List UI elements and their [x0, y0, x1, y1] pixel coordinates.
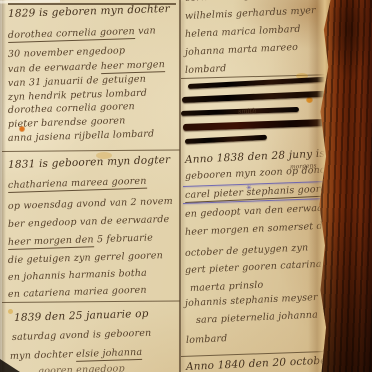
line-segment: van [135, 25, 156, 37]
handwritten-line: lombard [185, 64, 227, 76]
manuscript-photo: 1829 is geboren myn dochter dorothea cor… [0, 0, 372, 372]
handwritten-line: chathariena mareea gooren [8, 177, 147, 192]
column-divider [179, 0, 181, 372]
line-segment: van de eerwaarde [8, 61, 101, 75]
faint-note: smith [238, 108, 257, 115]
line-segment: 5 februarie [94, 232, 154, 245]
underlined-segment: elsie johanna [76, 347, 143, 362]
ink-stain [8, 309, 13, 314]
handwritten-line: lombard [186, 334, 228, 346]
line-segment: myn dochter [10, 349, 76, 362]
line-segment: lombard [186, 333, 228, 346]
handwritten-line: myn dochter elsie johanna [10, 348, 143, 363]
line-segment: gooren engedoop [38, 363, 125, 372]
handwritten-line: gooren engedoop [38, 364, 125, 372]
underlined-segment: heer morgen den [8, 234, 94, 250]
line-segment: lombard [185, 63, 227, 76]
underlined-segment: heer morgen [101, 59, 166, 74]
photo-left-edge [0, 0, 2, 372]
